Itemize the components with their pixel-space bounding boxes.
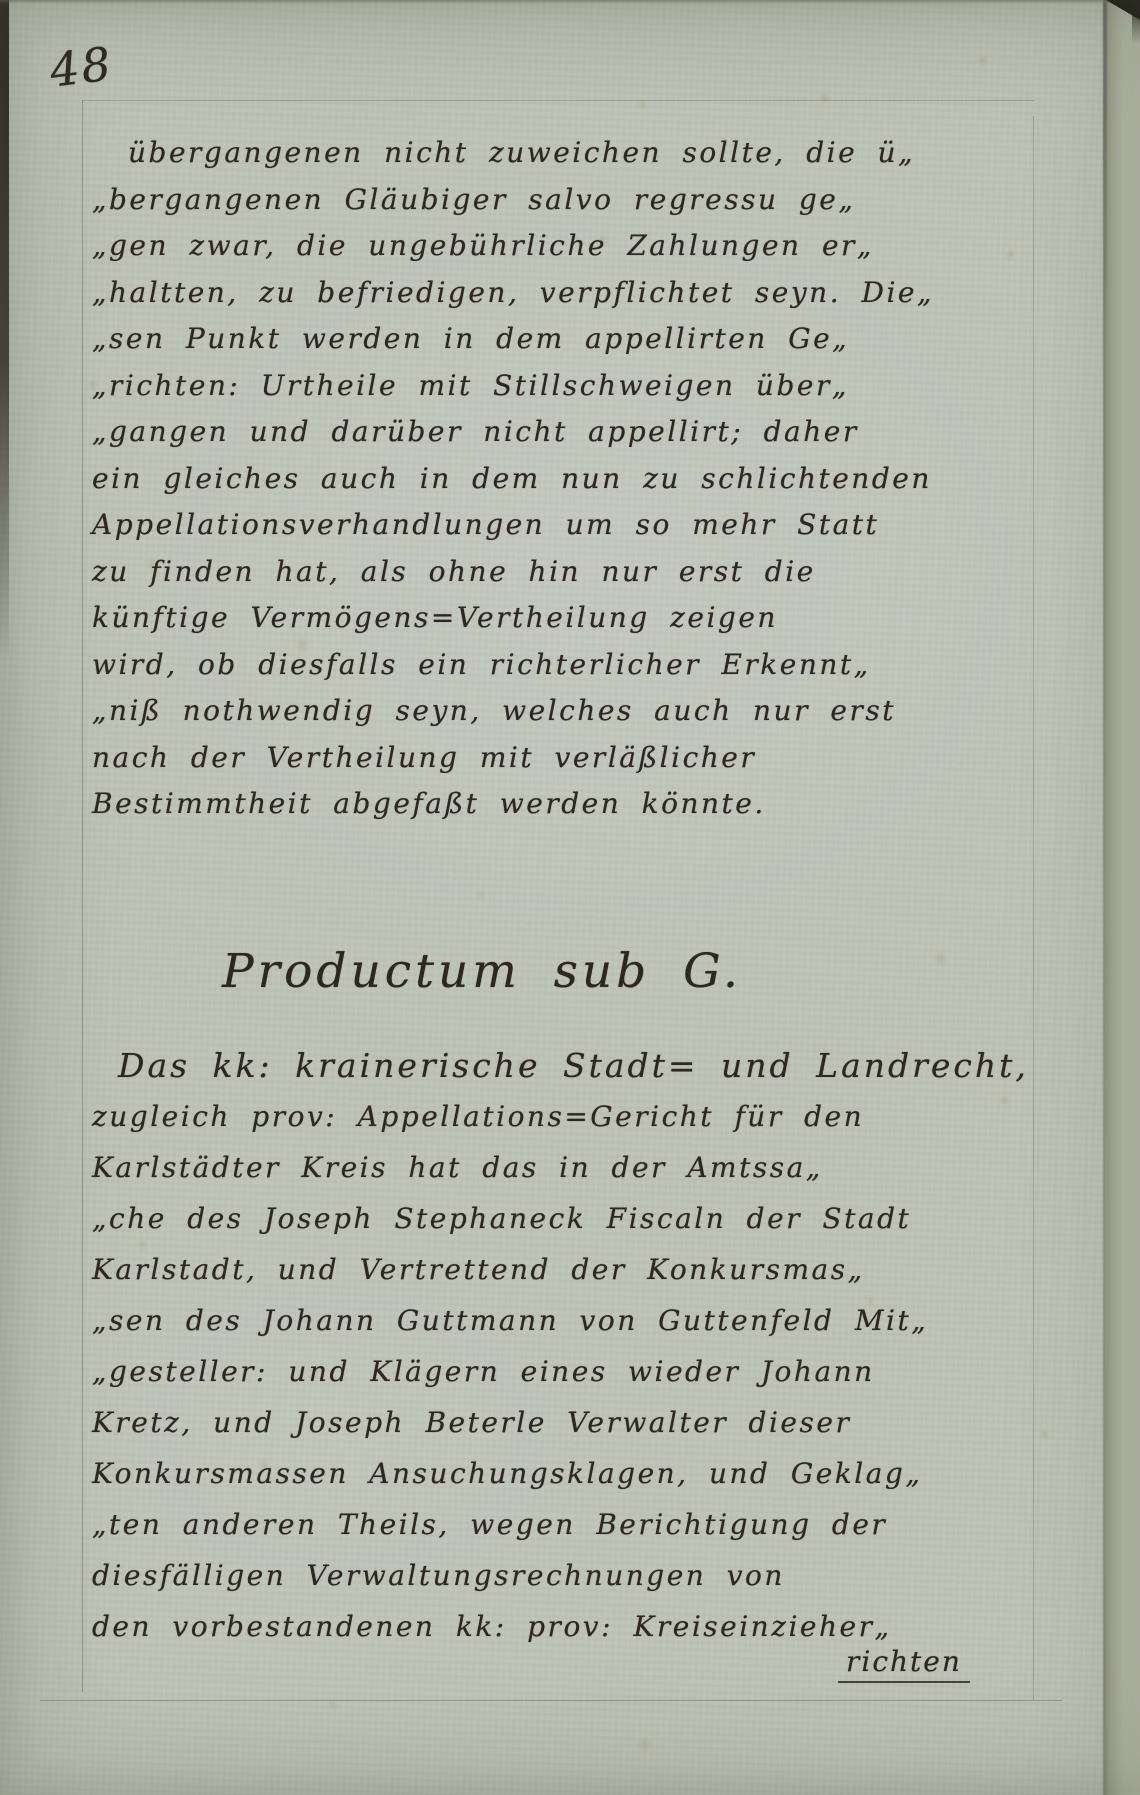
manuscript-line: Kretz, und Joseph Beterle Verwalter dies… [92,1397,1042,1448]
paper-stains [0,0,5,5]
manuscript-line: „gangen und darüber nicht appellirt; dah… [92,409,1042,456]
manuscript-line: ein gleiches auch in dem nun zu schlicht… [92,456,1042,503]
manuscript-line: „gesteller: und Klägern eines wieder Joh… [92,1346,1042,1397]
manuscript-line: zugleich prov: Appellations=Gericht für … [92,1091,1042,1142]
ruled-frame-left [82,100,83,1692]
page-fold-shadow [1103,0,1107,1795]
manuscript-line: wird, ob diesfalls ein richterlicher Erk… [92,642,1042,689]
manuscript-line: „niß nothwendig seyn, welches auch nur e… [92,688,1042,735]
manuscript-line: übergangenen nicht zuweichen sollte, die… [92,130,1042,177]
manuscript-line: Karlstädter Kreis hat das in der Amtssa„ [92,1142,1042,1193]
ruled-frame-bottom [40,1700,1062,1701]
page-number: 48 [47,36,116,97]
manuscript-line: „bergangenen Gläubiger salvo regressu ge… [92,177,1042,224]
manuscript-line: „sen Punkt werden in dem appellirten Ge„ [92,316,1042,363]
manuscript-line: „haltten, zu befriedigen, verpflichtet s… [92,270,1042,317]
section-heading: Productum sub G. [222,944,742,999]
manuscript-line: „sen des Johann Guttmann von Guttenfeld … [92,1295,1042,1346]
manuscript-line: Karlstadt, und Vertrettend der Konkursma… [92,1244,1042,1295]
top-edge-shadow [0,0,1140,4]
ruled-frame-top [82,100,1034,101]
manuscript-line: zu finden hat, als ohne hin nur erst die [92,549,1042,596]
next-page-edge [1107,0,1140,1795]
manuscript-line: Konkursmassen Ansuchungsklagen, und Gekl… [92,1448,1042,1499]
manuscript-line: „gen zwar, die ungebührliche Zahlungen e… [92,223,1042,270]
manuscript-line: „ten anderen Theils, wegen Berichtigung … [92,1499,1042,1550]
paragraph-1: übergangenen nicht zuweichen sollte, die… [92,130,1042,828]
binding-corner-shadow [1132,0,1140,44]
manuscript-line: diesfälligen Verwaltungsrechnungen von [92,1550,1042,1601]
manuscript-line: Appellationsverhandlungen um so mehr Sta… [92,502,1042,549]
manuscript-line: „richten: Urtheile mit Stillschweigen üb… [92,363,1042,410]
manuscript-line: Das kk: krainerische Stadt= und Landrech… [92,1040,1042,1091]
scanned-manuscript-page: 48 übergangenen nicht zuweichen sollte, … [0,0,1140,1795]
manuscript-line: „che des Joseph Stephaneck Fiscaln der S… [92,1193,1042,1244]
manuscript-line: nach der Vertheilung mit verläßlicher [92,735,1042,782]
manuscript-line: Bestimmtheit abgefaßt werden könnte. [92,781,1042,828]
paragraph-2: Das kk: krainerische Stadt= und Landrech… [92,1040,1042,1652]
catchword: richten [838,1645,970,1683]
gutter-shadow [0,0,9,660]
manuscript-line: künftige Vermögens=Vertheilung zeigen [92,595,1042,642]
